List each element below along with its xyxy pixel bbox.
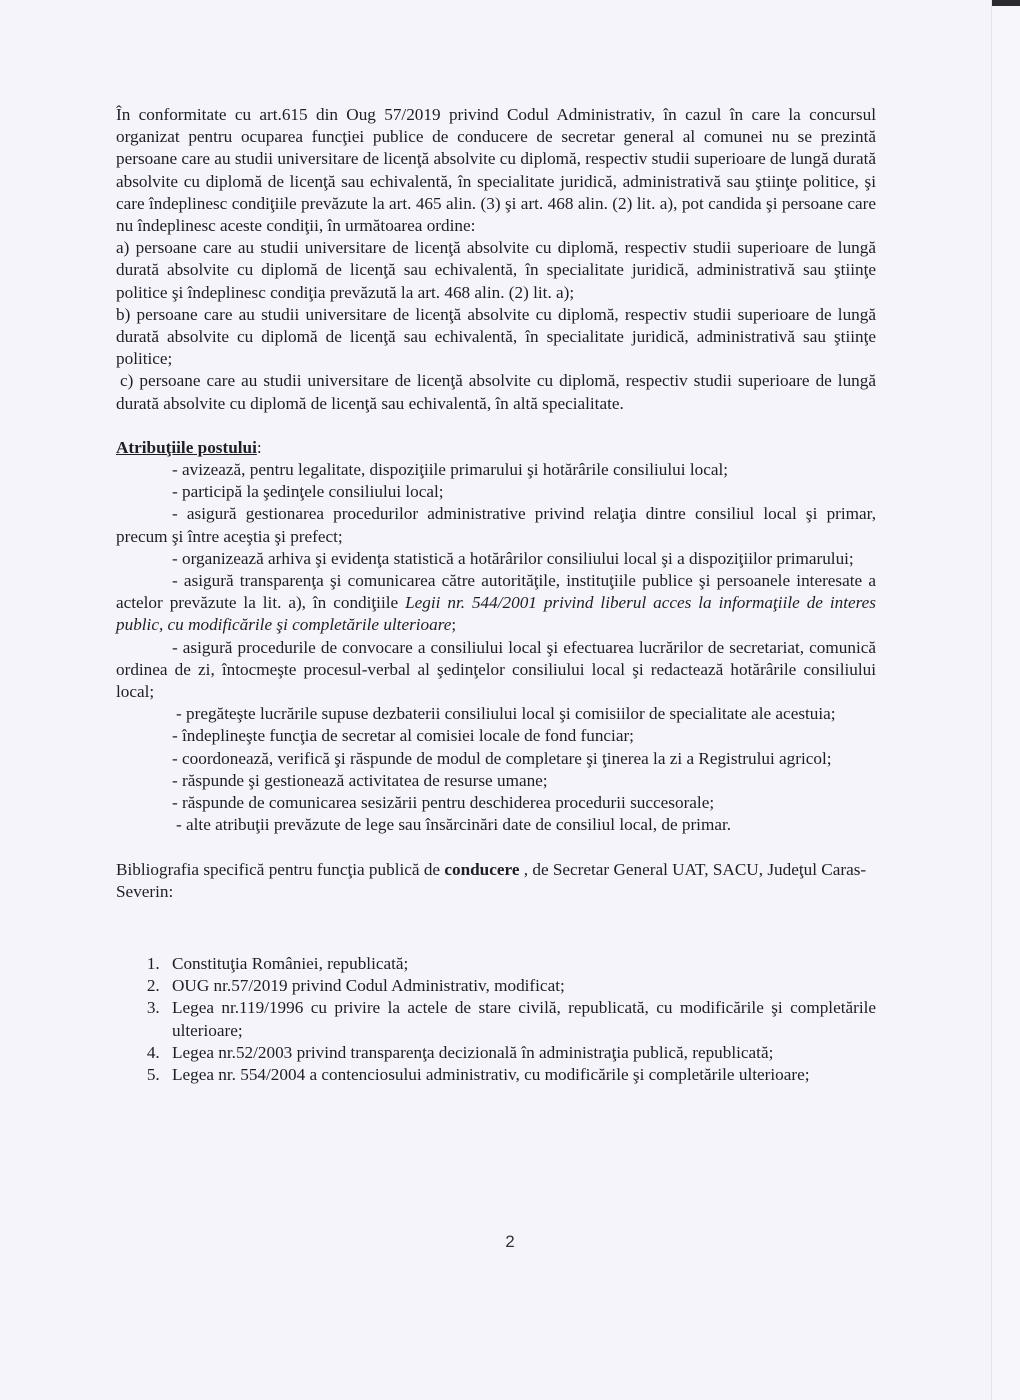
scan-edge-mark <box>992 0 1020 6</box>
duty-item: - răspunde de comunicarea sesizării pent… <box>116 792 876 814</box>
page-number: 2 <box>0 1232 1020 1252</box>
duty-item: - avizează, pentru legalitate, dispoziţi… <box>116 459 876 481</box>
bibliography-item: OUG nr.57/2019 privind Codul Administrat… <box>164 975 876 997</box>
duty-item: - organizează arhiva şi evidenţa statist… <box>116 548 876 570</box>
bibliography-list: Constituţia României, republicată; OUG n… <box>116 953 876 1086</box>
spacer <box>116 837 876 859</box>
bibliography-item: Legea nr.52/2003 privind transparenţa de… <box>164 1042 876 1064</box>
spacer <box>116 903 876 953</box>
bibliography-intro: Bibliografia specifică pentru funcţia pu… <box>116 859 876 903</box>
bibliography-intro-text: Bibliografia specifică pentru funcţia pu… <box>116 860 444 879</box>
document-page: În conformitate cu art.615 din Oug 57/20… <box>116 104 876 1086</box>
option-c: c) persoane care au studii universitare … <box>116 370 876 414</box>
bibliography-intro-bold: conducere <box>444 860 519 879</box>
option-b: b) persoane care au studii universitare … <box>116 304 876 371</box>
duties-heading-line: Atribuţiile postului: <box>116 437 876 459</box>
spacer <box>116 415 876 437</box>
intro-paragraph: În conformitate cu art.615 din Oug 57/20… <box>116 104 876 237</box>
duty-item: - participă la şedinţele consiliului loc… <box>116 481 876 503</box>
option-a: a) persoane care au studii universitare … <box>116 237 876 304</box>
duties-heading: Atribuţiile postului <box>116 438 257 457</box>
duty-item: - îndeplineşte funcţia de secretar al co… <box>116 725 876 747</box>
duty-text-end: ; <box>451 615 456 634</box>
duty-item: - asigură gestionarea procedurilor admin… <box>116 503 876 547</box>
duty-item: - răspunde şi gestionează activitatea de… <box>116 770 876 792</box>
duty-item-transparency: - asigură transparenţa şi comunicarea că… <box>116 570 876 637</box>
bibliography-item: Legea nr.119/1996 cu privire la actele d… <box>164 997 876 1041</box>
duties-heading-colon: : <box>257 438 262 457</box>
duty-item: - coordonează, verifică şi răspunde de m… <box>116 748 876 770</box>
duty-item: - pregăteşte lucrările supuse dezbaterii… <box>116 703 876 725</box>
scan-edge-strip <box>991 0 1020 1400</box>
duty-item: - alte atribuţii prevăzute de lege sau î… <box>116 814 876 836</box>
bibliography-item: Constituţia României, republicată; <box>164 953 876 975</box>
duty-item: - asigură procedurile de convocare a con… <box>116 637 876 704</box>
bibliography-item: Legea nr. 554/2004 a contenciosului admi… <box>164 1064 876 1086</box>
